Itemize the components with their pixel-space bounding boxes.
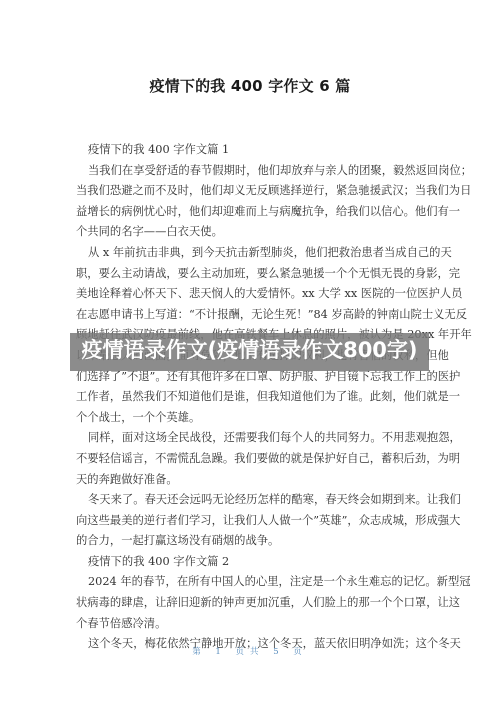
body-line: 状病毒的肆虐，让辞旧迎新的钟声更加沉重，人们脸上的那一个个口罩，让这 bbox=[76, 593, 426, 614]
body-line: 个共同的名字——白衣天使。 bbox=[76, 222, 426, 243]
overlay-banner-title: 疫情语录作文(疫情语录作文800字) bbox=[70, 336, 429, 364]
body-line: 当我们恐避之而不及时，他们却义无反顾逃择逆行，紧急驰援武汉；当我们为日 bbox=[76, 181, 426, 202]
body-line: 不要轻信谣言，不需慌乱急躁。我们要做的就是保护好自己，蓄积后劲，为明 bbox=[76, 449, 426, 470]
body-line: 在志愿申请书上写道：“不计报酬，无论生死！”84 岁高龄的钟南山院士义无反 bbox=[76, 305, 426, 326]
body-line: 从 x 年前抗击非典，到今天抗击新型肺炎，他们把救治患者当成自己的天 bbox=[76, 243, 426, 264]
body-line: 当我们在享受舒适的春节假期时，他们却放弃与亲人的团聚，毅然返回岗位； bbox=[76, 161, 426, 182]
body-line: 向这些最美的逆行者们学习，让我们人人做一个”英雄”，众志成城，形成强大 bbox=[76, 511, 426, 532]
body-line: 职，要么主动请战，要么主动加班，要么紧急驰援一个个无惧无畏的身影，完 bbox=[76, 264, 426, 285]
body-line: 疫情下的我 400 字作文篇 1 bbox=[76, 140, 426, 161]
body-line: 美地诠释着心怀天下、悲天悯人的大爱情怀。xx 大学 xx 医院的一位医护人员 bbox=[76, 284, 426, 305]
page-footer: 第 1 页共 5 页 bbox=[0, 645, 500, 657]
body-line: 同样，面对这场全民战役，还需要我们每个人的共同努力。不用悲观抱怨， bbox=[76, 428, 426, 449]
body-line: 天的奔跑做好准备。 bbox=[76, 470, 426, 491]
document-title: 疫情下的我 400 字作文 6 篇 bbox=[0, 75, 500, 96]
body-line: 益增长的病例忧心时，他们却迎难而上与病魔抗争，给我们以信心。他们有一 bbox=[76, 202, 426, 223]
body-line: 2024 年的春节，在所有中国人的心里，注定是一个永生难忘的记忆。新型冠 bbox=[76, 572, 426, 593]
body-line: 个春节倍感冷清。 bbox=[76, 614, 426, 635]
body-line: 冬天来了。春天还会远吗无论经历怎样的酷寒，春天终会如期到来。让我们 bbox=[76, 490, 426, 511]
body-line: 疫情下的我 400 字作文篇 2 bbox=[76, 552, 426, 573]
document-page: 疫情下的我 400 字作文 6 篇 疫情下的我 400 字作文篇 1 当我们在享… bbox=[0, 0, 500, 706]
body-line: 的合力，一起打赢这场没有硝烟的战争。 bbox=[76, 531, 426, 552]
body-line: 个个战士，一个个英雄。 bbox=[76, 408, 426, 429]
document-body: 疫情下的我 400 字作文篇 1 当我们在享受舒适的春节假期时，他们却放弃与亲人… bbox=[76, 140, 426, 655]
body-line: 工作者，虽然我们不知道他们是谁，但我知道他们为了谁。此刻，他们就是一 bbox=[76, 387, 426, 408]
